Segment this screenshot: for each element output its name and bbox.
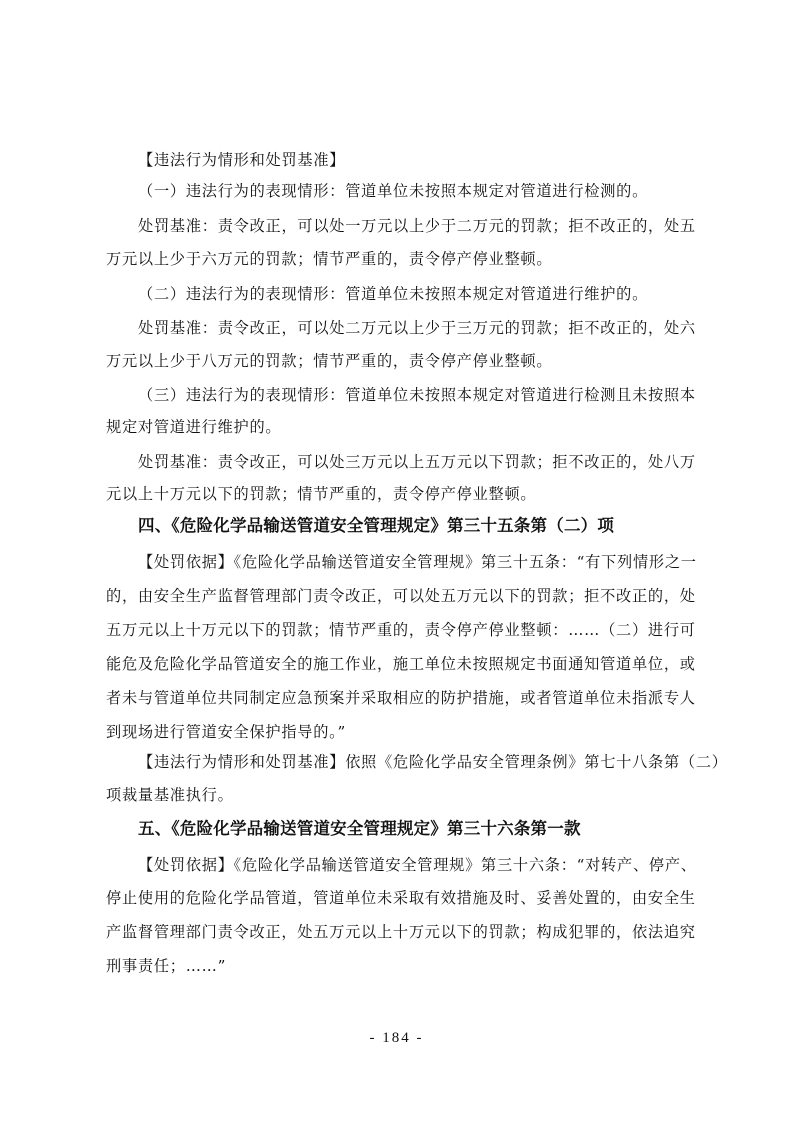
section-label: 【违法行为情形和处罚基准】 [138, 150, 696, 170]
paragraph-line: （二）违法行为的表现情形：管道单位未按照本规定对管道进行维护的。 [138, 284, 696, 304]
paragraph-line: 【处罚依据】《危险化学品输送管道安全管理规》第三十五条：“有下列情形之一 [138, 552, 696, 572]
paragraph-line: 产监督管理部门责令改正，处五万元以上十万元以下的罚款；构成犯罪的，依法追究 [106, 922, 696, 942]
paragraph-line: 【处罚依据】《危险化学品输送管道安全管理规》第三十六条：“对转产、停产、 [138, 855, 696, 875]
section-heading-5: 五、《危险化学品输送管道安全管理规定》第三十六条第一款 [138, 819, 728, 839]
paragraph-line: 的，由安全生产监督管理部门责令改正，可以处五万元以下的罚款；拒不改正的，处 [106, 586, 696, 606]
paragraph-line: 万元以上少于六万元的罚款；情节严重的，责令停产停业整顿。 [106, 249, 696, 269]
paragraph-line: 到现场进行管道安全保护指导的。” [106, 722, 696, 742]
paragraph-line: 五万元以上十万元以下的罚款；情节严重的，责令停产停业整顿：……（二）进行可 [106, 620, 696, 640]
paragraph-line: 停止使用的危险化学品管道，管道单位未采取有效措施及时、妥善处置的，由安全生 [106, 888, 696, 908]
paragraph-line: 元以上十万元以下的罚款；情节严重的，责令停产停业整顿。 [106, 484, 696, 504]
section-heading-4: 四、《危险化学品输送管道安全管理规定》第三十五条第（二）项 [138, 516, 728, 536]
paragraph-line: 处罚基准：责令改正，可以处三万元以上五万元以下罚款；拒不改正的，处八万 [138, 452, 696, 472]
paragraph-line: 能危及危险化学品管道安全的施工作业，施工单位未按照规定书面通知管道单位，或 [106, 654, 696, 674]
paragraph-line: 项裁量基准执行。 [106, 785, 696, 805]
paragraph-line: 处罚基准：责令改正，可以处二万元以上少于三万元的罚款；拒不改正的，处六 [138, 318, 696, 338]
paragraph-line: 【违法行为情形和处罚基准】依照《危险化学品安全管理条例》第七十八条第（二） [138, 752, 696, 772]
paragraph-line: （一）违法行为的表现情形：管道单位未按照本规定对管道进行检测的。 [138, 181, 696, 201]
paragraph-line: （三）违法行为的表现情形：管道单位未按照本规定对管道进行检测且未按照本 [138, 385, 696, 405]
page-number: - 184 - [0, 1030, 793, 1047]
paragraph-line: 处罚基准：责令改正，可以处一万元以上少于二万元的罚款；拒不改正的，处五 [138, 216, 696, 236]
paragraph-line: 万元以上少于八万元的罚款；情节严重的，责令停产停业整顿。 [106, 351, 696, 371]
paragraph-line: 刑事责任；……” [106, 956, 696, 976]
paragraph-line: 规定对管道进行维护的。 [106, 417, 696, 437]
paragraph-line: 者未与管道单位共同制定应急预案并采取相应的防护措施，或者管道单位未指派专人 [106, 688, 696, 708]
